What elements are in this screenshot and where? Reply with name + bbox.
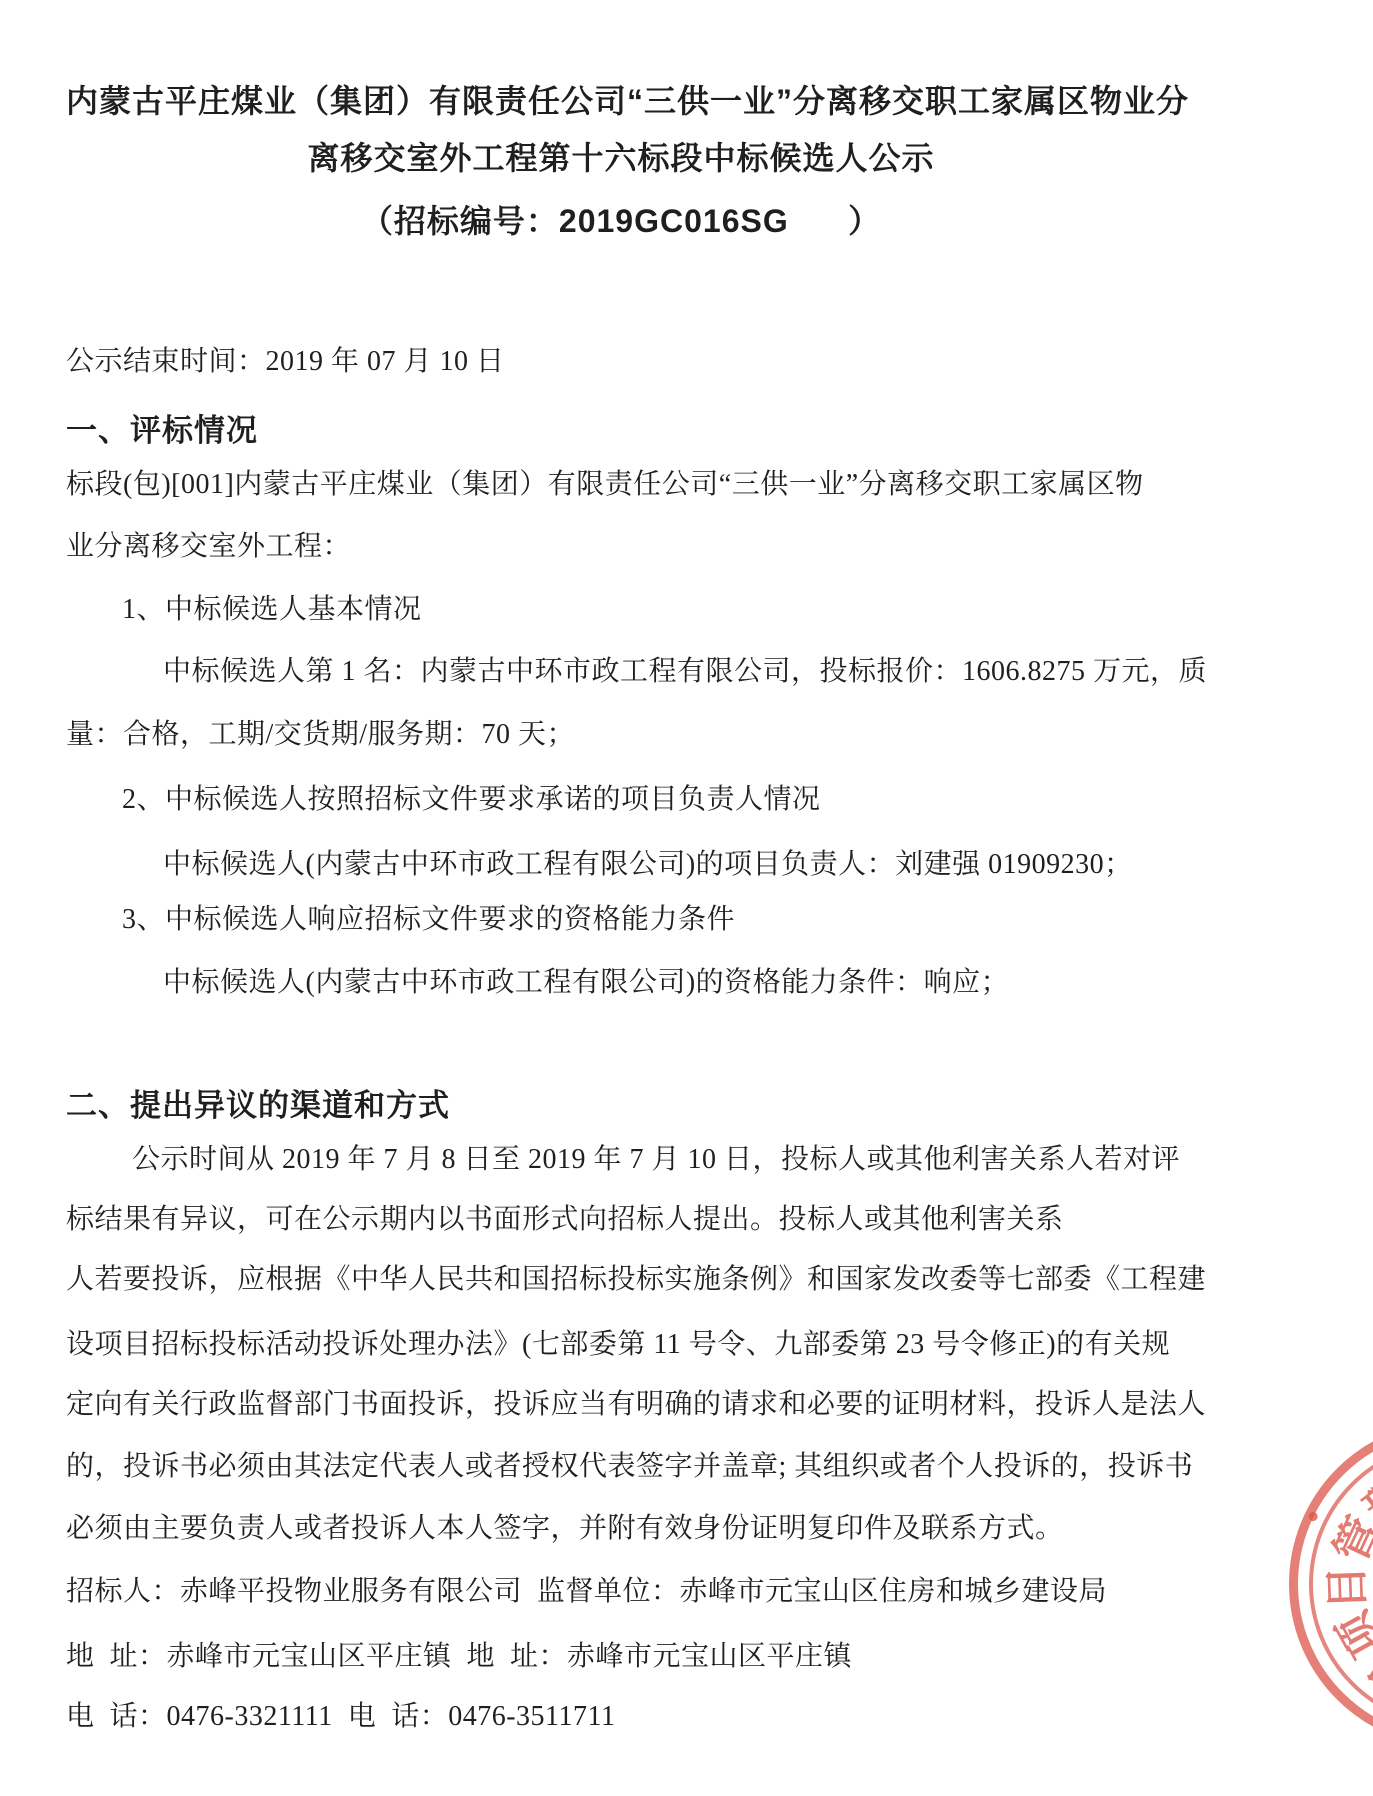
scanned-document-page: 内蒙古平庄煤业（集团）有限责任公司“三供一业”分离移交职工家属区物业分 离移交室… [0,0,1373,1796]
qualification-line: 中标候选人(内蒙古中环市政工程有限公司)的资格能力条件：响应； [163,966,1009,1000]
official-red-seal: 程 项 目 管 理 [1289,1421,1373,1747]
objection-paragraph-line-4: 设项目招标投标活动投诉处理办法》(七部委第 11 号令、九部委第 23 号令修正… [66,1328,1170,1362]
candidate-basic-info-title: 1、中标候选人基本情况 [122,593,422,627]
section-1-intro-line-1: 标段(包)[001]内蒙古平庄煤业（集团）有限责任公司“三供一业”分离移交职工家… [66,468,1144,502]
candidate-basic-info-line-2: 量：合格，工期/交货期/服务期：70 天； [66,718,575,752]
publicity-end-date: 公示结束时间：2019 年 07 月 10 日 [66,345,505,379]
objection-paragraph-line-3: 人若要投诉，应根据《中华人民共和国招标投标实施条例》和国家发改委等七部委《工程建 [66,1263,1206,1297]
document-title-line-2: 离移交室外工程第十六标段中标候选人公示 [66,133,1176,179]
objection-paragraph-line-1: 公示时间从 2019 年 7 月 8 日至 2019 年 7 月 10 日，投标… [132,1143,1180,1177]
objection-paragraph-line-6: 的，投诉书必须由其法定代表人或者授权代表签字并盖章; 其组织或者个人投诉的，投诉… [66,1450,1193,1484]
address-line: 地 址：赤峰市元宝山区平庄镇 地 址：赤峰市元宝山区平庄镇 [66,1640,852,1674]
project-manager-line: 中标候选人(内蒙古中环市政工程有限公司)的项目负责人：刘建强 01909230； [163,848,1133,882]
tender-number-line: （招标编号：2019GC016SG ） [66,196,1176,242]
section-1-intro-line-2: 业分离移交室外工程： [66,530,351,564]
qualification-title: 3、中标候选人响应招标文件要求的资格能力条件 [122,903,735,937]
phone-line: 电 话：0476-3321111 电 话：0476-3511711 [66,1700,615,1734]
project-manager-title: 2、中标候选人按照招标文件要求承诺的项目负责人情况 [122,783,821,817]
section-2-heading: 二、提出异议的渠道和方式 [66,1080,450,1125]
objection-paragraph-line-5: 定向有关行政监督部门书面投诉，投诉应当有明确的请求和必要的证明材料，投诉人是法人 [66,1388,1206,1422]
objection-paragraph-line-7: 必须由主要负责人或者投诉人本人签字，并附有效身份证明复印件及联系方式。 [66,1512,1064,1546]
objection-paragraph-line-2: 标结果有异议，可在公示期内以书面形式向招标人提出。投标人或其他利害关系 [66,1203,1064,1237]
tenderer-and-supervisor-line: 招标人：赤峰平投物业服务有限公司 监督单位：赤峰市元宝山区住房和城乡建设局 [66,1575,1107,1609]
section-1-heading: 一、评标情况 [66,405,258,450]
document-title-line-1: 内蒙古平庄煤业（集团）有限责任公司“三供一业”分离移交职工家属区物业分 [66,76,1176,122]
candidate-basic-info-line-1: 中标候选人第 1 名：内蒙古中环市政工程有限公司，投标报价：1606.8275 … [163,655,1207,689]
